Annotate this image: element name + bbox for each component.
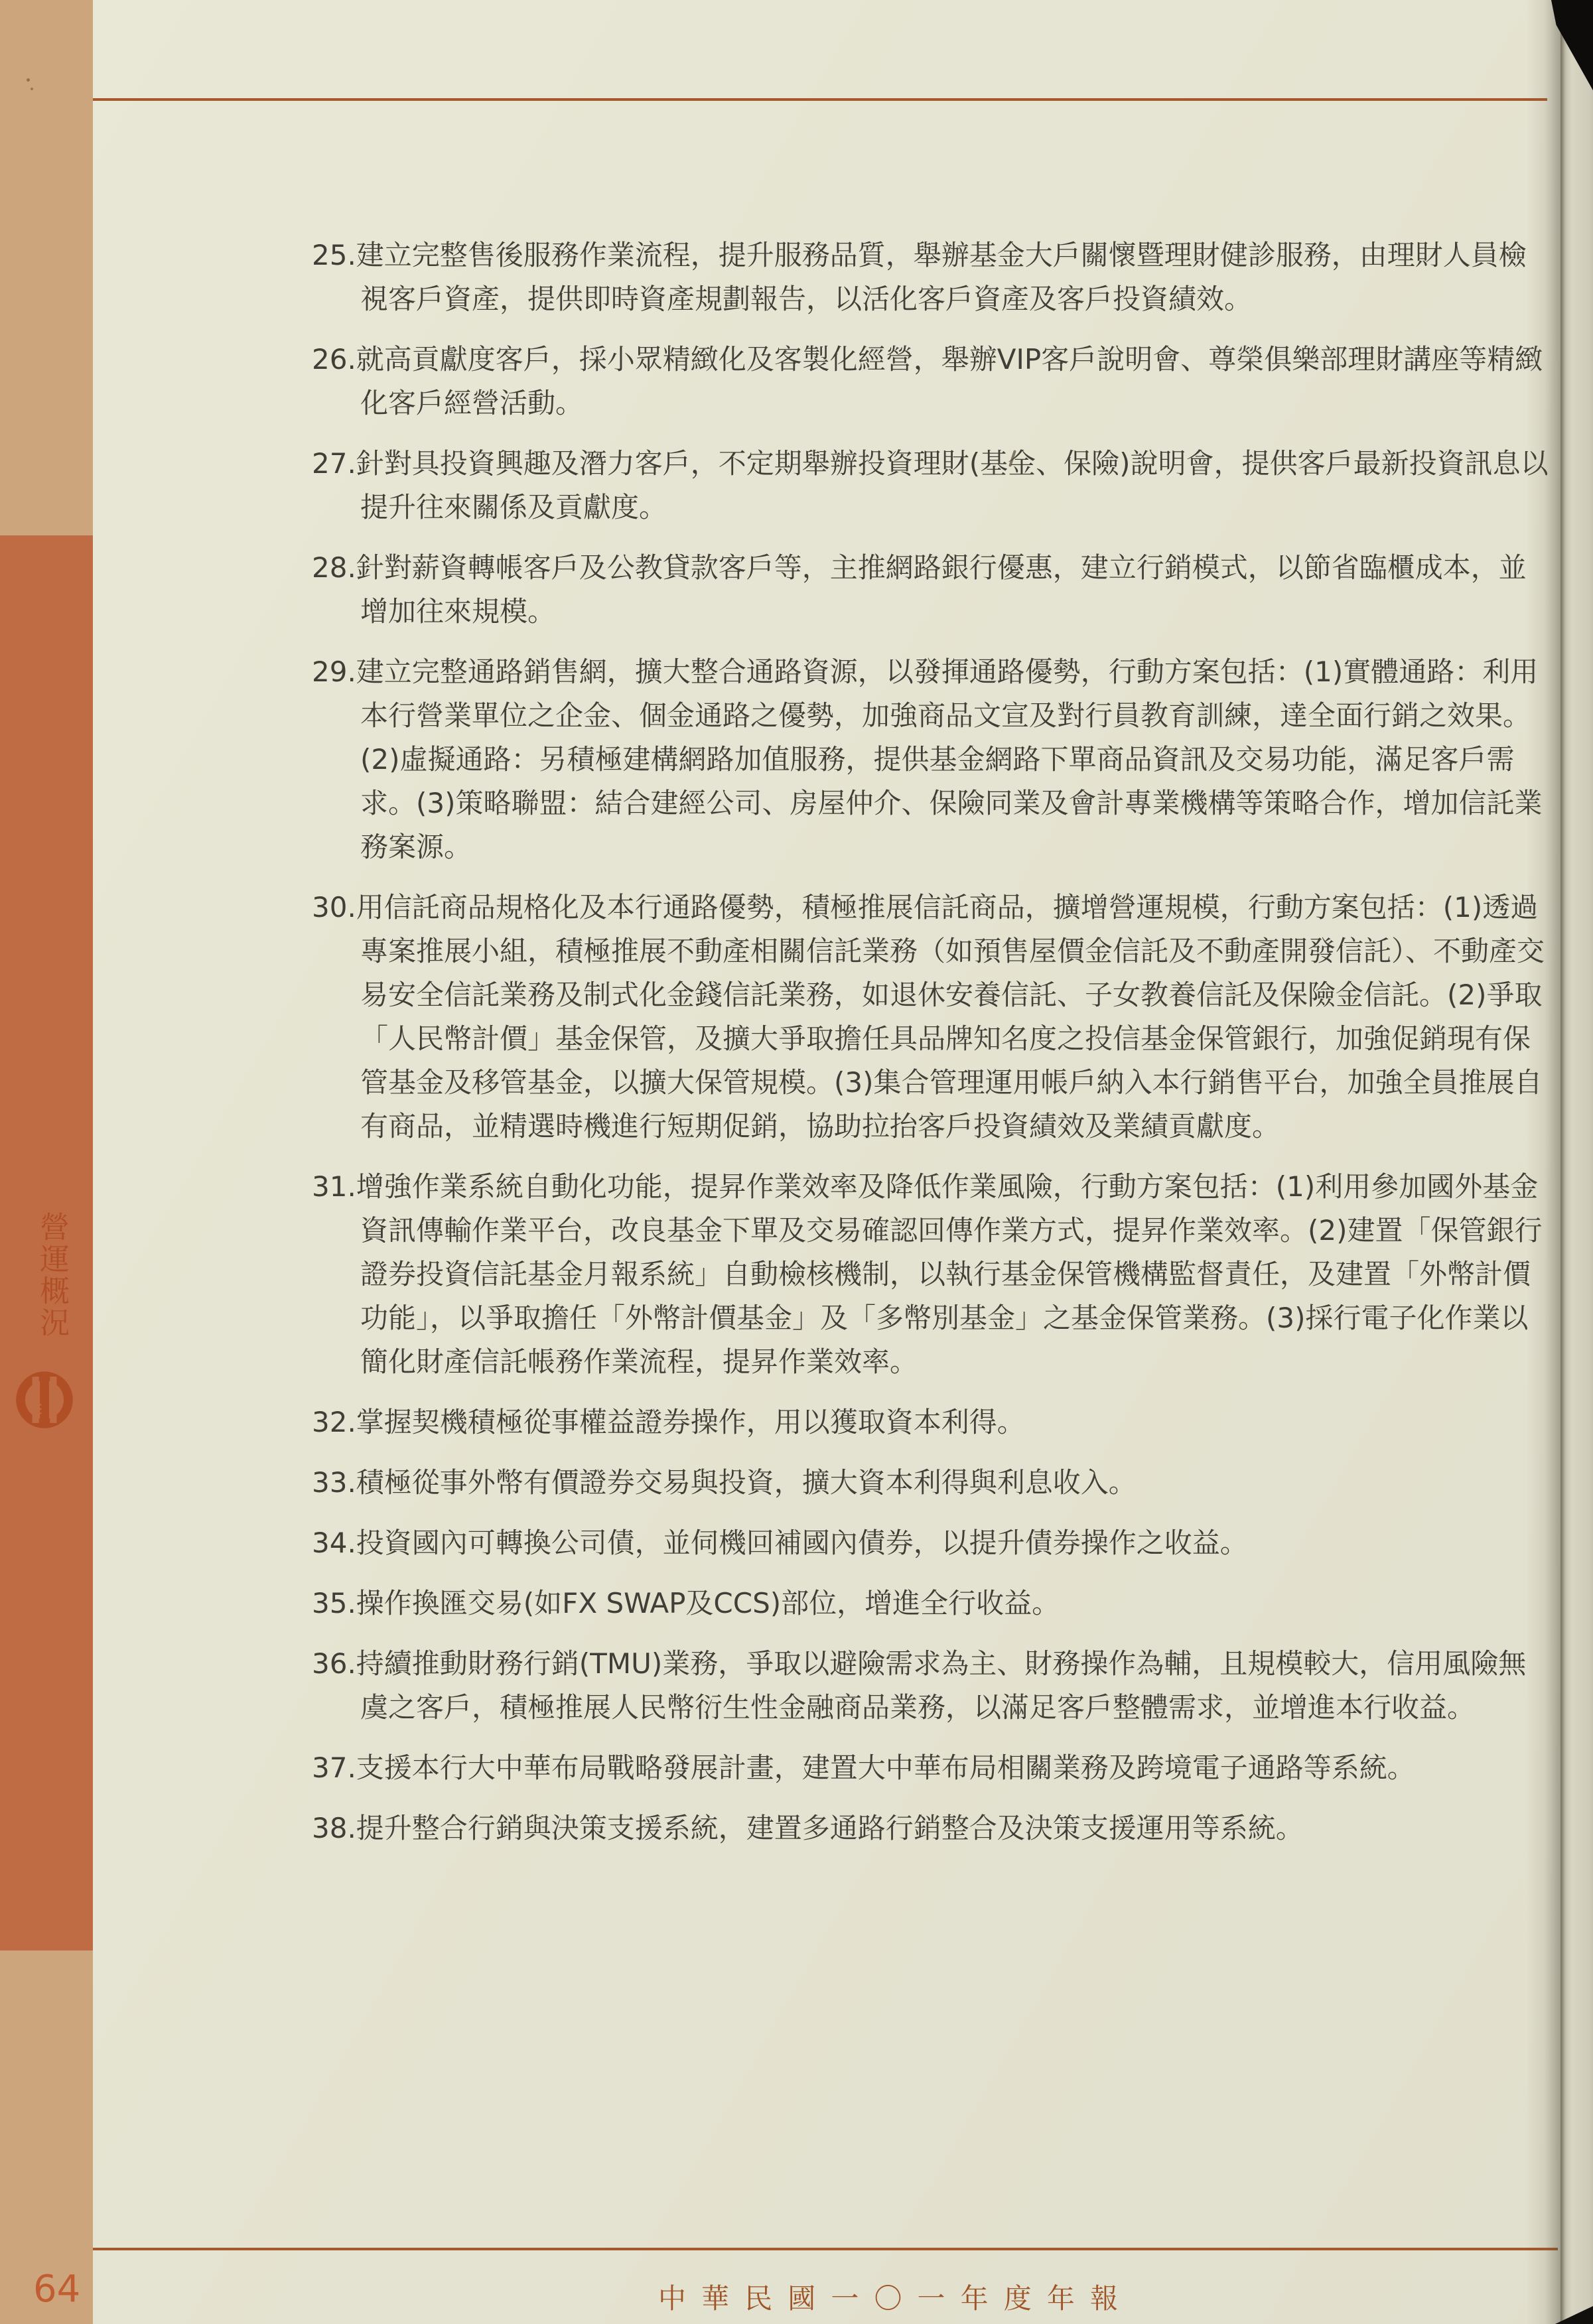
item-number: 35. <box>312 1587 356 1619</box>
item-text: 提升整合行銷與決策支援系統，建置多通路行銷整合及決策支援運用等系統。 <box>356 1812 1304 1844</box>
list-item: 34.投資國內可轉換公司債，並伺機回補國內債券，以提升債券操作之收益。 <box>312 1521 1554 1565</box>
item-text: 建立完整售後服務作業流程，提升服務品質，舉辦基金大戶關懷暨理財健診服務，由理財人… <box>356 239 1527 315</box>
item-number: 33. <box>312 1466 356 1499</box>
item-text: 用信託商品規格化及本行通路優勢，積極推展信託商品，擴增營運規模，行動方案包括：(… <box>356 891 1545 1142</box>
list-item: 30.用信託商品規格化及本行通路優勢，積極推展信託商品，擴增營運規模，行動方案包… <box>312 886 1554 1148</box>
list-item: 33.積極從事外幣有價證券交易與投資，擴大資本利得與利息收入。 <box>312 1461 1554 1505</box>
footer-title: 中華民國一〇一年度年報 <box>226 2277 1566 2317</box>
list-item: 28.針對薪資轉帳客戶及公教貸款客戶等，主推網路銀行優惠，建立行銷模式，以節省臨… <box>312 546 1554 634</box>
page-edge-shadow <box>1526 0 1560 2324</box>
item-number: 26. <box>312 343 356 376</box>
list-item: 27.針對具投資興趣及潛力客戶，不定期舉辦投資理財(基金、保險)說明會，提供客戶… <box>312 442 1554 529</box>
list-item: 37.支援本行大中華布局戰略發展計畫，建置大中華布局相關業務及跨境電子通路等系統… <box>312 1746 1554 1790</box>
item-text: 投資國內可轉換公司債，並伺機回補國內債券，以提升債券操作之收益。 <box>356 1527 1248 1559</box>
item-text: 針對具投資興趣及潛力客戶，不定期舉辦投資理財(基金、保險)說明會，提供客戶最新投… <box>356 447 1549 523</box>
item-number: 32. <box>312 1406 356 1438</box>
scan-speck <box>27 78 30 82</box>
scan-speck <box>31 88 33 90</box>
item-number: 27. <box>312 447 356 480</box>
footer-rule <box>93 2248 1558 2250</box>
list-item: 35.操作換匯交易(如FX SWAP及CCS)部位，增進全行收益。 <box>312 1582 1554 1625</box>
item-text: 建立完整通路銷售網，擴大整合通路資源，以發揮通路優勢，行動方案包括：(1)實體通… <box>356 655 1543 863</box>
list-item: 31.增強作業系統自動化功能，提昇作業效率及降低作業風險，行動方案包括：(1)利… <box>312 1165 1554 1384</box>
next-page-strip <box>1560 0 1593 2324</box>
item-text: 積極從事外幣有價證券交易與投資，擴大資本利得與利息收入。 <box>356 1466 1137 1499</box>
item-text: 操作換匯交易(如FX SWAP及CCS)部位，增進全行收益。 <box>356 1587 1060 1619</box>
item-number: 36. <box>312 1647 356 1680</box>
item-number: 30. <box>312 891 356 923</box>
list-item: 29.建立完整通路銷售網，擴大整合通路資源，以發揮通路優勢，行動方案包括：(1)… <box>312 650 1554 869</box>
item-text: 就高貢獻度客戶，採小眾精緻化及客製化經營，舉辦VIP客戶說明會、尊榮俱樂部理財講… <box>356 343 1543 419</box>
huanan-financial-logo-icon <box>14 1369 75 1430</box>
list-item: 32.掌握契機積極從事權益證券操作，用以獲取資本利得。 <box>312 1401 1554 1444</box>
item-text: 增強作業系統自動化功能，提昇作業效率及降低作業風險，行動方案包括：(1)利用參加… <box>356 1170 1543 1378</box>
item-text: 支援本行大中華布局戰略發展計畫，建置大中華布局相關業務及跨境電子通路等系統。 <box>356 1751 1415 1784</box>
item-text: 針對薪資轉帳客戶及公教貸款客戶等，主推網路銀行優惠，建立行銷模式，以節省臨櫃成本… <box>356 551 1527 628</box>
list-item: 38.提升整合行銷與決策支援系統，建置多通路行銷整合及決策支援運用等系統。 <box>312 1807 1554 1850</box>
chapter-vertical-title: 營運概況 <box>31 1211 74 1339</box>
numbered-list: 25.建立完整售後服務作業流程，提升服務品質，舉辦基金大戶關懷暨理財健診服務，由… <box>312 234 1554 1867</box>
list-item: 36.持續推動財務行銷(TMU)業務，爭取以避險需求為主、財務操作為輔，且規模較… <box>312 1642 1554 1730</box>
item-number: 25. <box>312 239 356 271</box>
list-item: 25.建立完整售後服務作業流程，提升服務品質，舉辦基金大戶關懷暨理財健診服務，由… <box>312 234 1554 321</box>
page-number: 64 <box>33 2268 80 2311</box>
header-rule <box>93 98 1547 101</box>
item-number: 37. <box>312 1751 356 1784</box>
item-number: 31. <box>312 1170 356 1203</box>
item-number: 34. <box>312 1527 356 1559</box>
item-text: 持續推動財務行銷(TMU)業務，爭取以避險需求為主、財務操作為輔，且規模較大，信… <box>356 1647 1526 1724</box>
item-number: 38. <box>312 1812 356 1844</box>
item-number: 29. <box>312 655 356 688</box>
item-text: 掌握契機積極從事權益證券操作，用以獲取資本利得。 <box>356 1406 1025 1438</box>
item-number: 28. <box>312 551 356 584</box>
list-item: 26.就高貢獻度客戶，採小眾精緻化及客製化經營，舉辦VIP客戶說明會、尊榮俱樂部… <box>312 338 1554 425</box>
